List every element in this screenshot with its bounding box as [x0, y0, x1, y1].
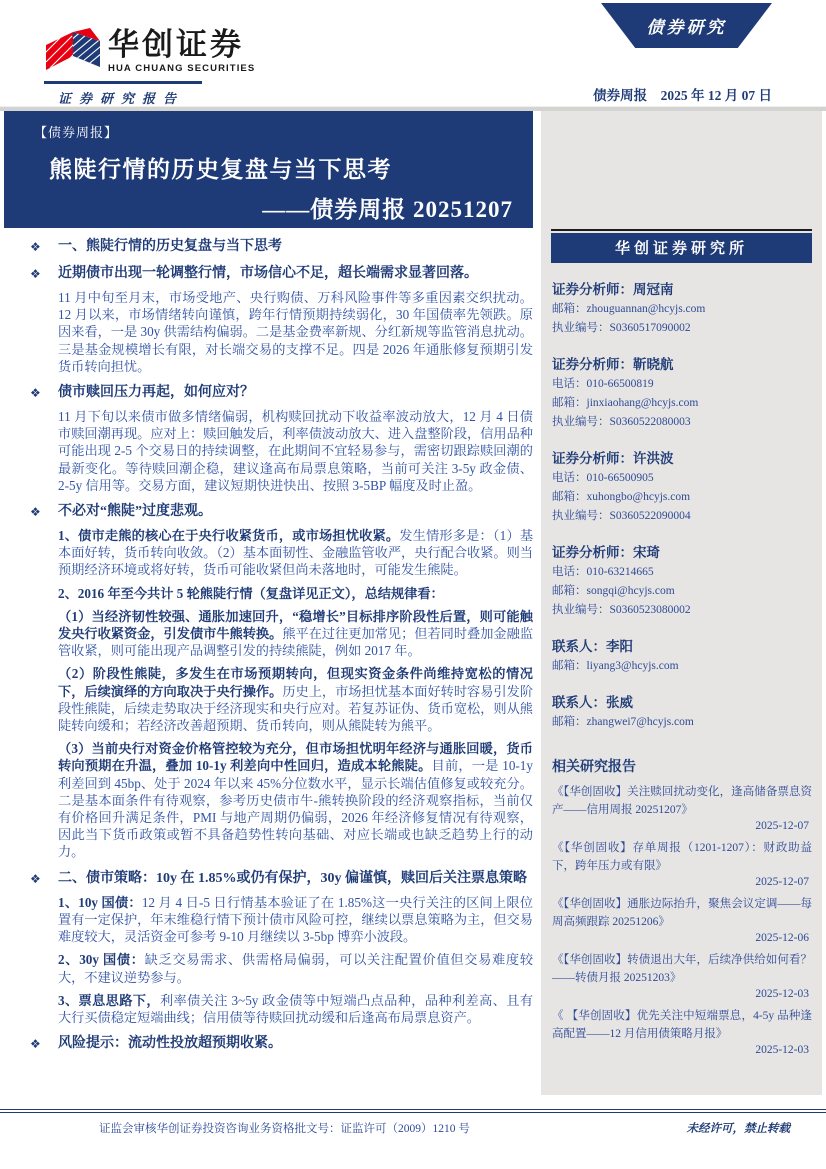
- analyst-phone: 电话：010-66500819: [552, 375, 814, 394]
- paragraph-bold-lead: 2、30y 国债：: [58, 952, 145, 967]
- footer-copyright-text: 未经许可，禁止转载: [687, 1120, 791, 1136]
- paragraph-bold-lead: 3、票息思路下，: [58, 993, 160, 1008]
- report-title: 《【华创固收】关注赎回扰动变化，逢高储备票息资产——信用周报 20251207》: [552, 783, 812, 819]
- related-report-item: 《 【华创固收】优先关注中短端票息，4-5y 品种逢高配置——12 月信用债策略…: [541, 1007, 822, 1056]
- paragraph: 1、10y 国债：12 月 4 日-5 日行情基本验证了在 1.85%这一央行关…: [58, 894, 533, 946]
- related-report-item: 《【华创固收】存单周报（1201-1207）：财政助益下，跨年压力或有限》 20…: [541, 839, 822, 888]
- category-badge: 债券研究: [601, 3, 772, 48]
- analyst-license: 执业编号：S0360523080002: [552, 601, 814, 620]
- title-block: 【债券周报】 熊陡行情的历史复盘与当下思考 ——债券周报 20251207: [4, 111, 533, 228]
- analyst-phone: 电话：010-66500905: [552, 469, 814, 488]
- analyst-license: 执业编号：S0360517090002: [552, 319, 814, 338]
- diamond-bullet-icon: ❖: [30, 870, 58, 1026]
- summary-bullet-market-review: ❖ 近期债市出现一轮调整行情，市场信心不足，超长端需求显著回落。 11 月中旬至…: [30, 265, 533, 375]
- diamond-bullet-icon: ❖: [30, 1035, 58, 1053]
- related-report-item: 《【华创固收】通胀边际抬升，聚焦会议定调——每周高频跟踪 20251206》 2…: [541, 895, 822, 944]
- summary-bullet-redemption: ❖ 债市赎回压力再起，如何应对？ 11 月下旬以来债市做多情绪偏弱，机构赎回扰动…: [30, 384, 533, 494]
- analyst-email: 邮箱：jinxiaohang@hcyjs.com: [552, 394, 814, 413]
- bullet-heading: 一、熊陡行情的历史复盘与当下思考: [58, 238, 533, 256]
- paragraph-text: 11 月下旬以来债市做多情绪偏弱，机构赎回扰动下收益率波动放大，12 月 4 日…: [58, 409, 533, 493]
- page-title: 熊陡行情的历史复盘与当下思考: [49, 151, 392, 184]
- analyst-entry: 证券分析师：宋琦 电话：010-63214665 邮箱：songqi@hcyjs…: [541, 541, 822, 620]
- paragraph-bold-lead: 2、2016 年至今共计 5 轮熊陡行情（复盘详见正文），总结规律看：: [58, 586, 444, 601]
- contact-entry: 联系人：李阳 邮箱：liyang3@hcyjs.com: [541, 635, 822, 676]
- related-report-item: 《【华创固收】关注赎回扰动变化，逢高储备票息资产——信用周报 20251207》…: [541, 783, 822, 832]
- analyst-email: 邮箱：zhouguannan@hcyjs.com: [552, 300, 814, 319]
- footer-divider: [0, 1109, 826, 1113]
- contact-entry: 联系人：张威 邮箱：zhangwei7@hcyjs.com: [541, 691, 822, 732]
- paragraph: 3、票息思路下，利率债关注 3~5y 政金债等中短端凸点品种，品种利差高、且有大…: [58, 992, 533, 1026]
- contact-name: 联系人：李阳: [552, 635, 822, 655]
- analyst-phone: 电话：010-63214665: [552, 563, 814, 582]
- page-subtitle: ——债券周报 20251207: [262, 191, 513, 224]
- contact-email: 邮箱：liyang3@hcyjs.com: [552, 657, 814, 676]
- report-title: 《【华创固收】通胀边际抬升，聚焦会议定调——每周高频跟踪 20251206》: [552, 895, 812, 931]
- report-date: 2025-12-07: [541, 876, 809, 888]
- diamond-bullet-icon: ❖: [30, 503, 58, 861]
- paragraph-text: 目前，一是 10-1y 利差回到 45bp、处于 2024 年以来 45%分位数…: [58, 758, 533, 859]
- report-date: 2025-12-07: [541, 820, 809, 832]
- report-title: 《【华创固收】转债退出大年，后续净供给如何看？——转债月报 20251203》: [552, 951, 812, 987]
- summary-bullet-bear-steepening: ❖ 不必对“熊陡”过度悲观。 1、债市走熊的核心在于央行收紧货币，或市场担忧收紧…: [30, 503, 533, 861]
- paragraph-bold-lead: 1、债市走熊的核心在于央行收紧货币，或市场担忧收紧。: [58, 528, 399, 543]
- diamond-bullet-icon: ❖: [30, 265, 58, 375]
- contact-email: 邮箱：zhangwei7@hcyjs.com: [552, 713, 814, 732]
- summary-column: ❖ 一、熊陡行情的历史复盘与当下思考 ❖ 近期债市出现一轮调整行情，市场信心不足…: [30, 229, 533, 1053]
- paragraph: 11 月中旬至月末，市场受地产、央行购债、万科风险事件等多重因素交织扰动。12 …: [58, 289, 533, 375]
- series-label: 【债券周报】: [34, 122, 118, 141]
- diamond-bullet-icon: ❖: [30, 384, 58, 494]
- report-date: 2025-12-03: [541, 1044, 809, 1056]
- report-date: 债券周报 2025 年 12 月 07 日: [593, 84, 772, 104]
- summary-bullet-strategy: ❖ 二、债市策略：10y 在 1.85%或仍有保护，30y 偏谨慎，赎回后关注票…: [30, 870, 533, 1026]
- paragraph: （2）阶段性熊陡，多发生在市场预期转向，但现实资金条件尚维持宽松的情况下，后续演…: [58, 665, 533, 734]
- paragraph: （1）当经济韧性较强、通胀加速回升，“稳增长”目标排序阶段性后置，则可能触发央行…: [58, 608, 533, 660]
- diamond-bullet-icon: ❖: [30, 238, 58, 256]
- related-reports-heading: 相关研究报告: [552, 756, 822, 776]
- company-logo: 华创证券 HUA CHUANG SECURITIES: [44, 28, 255, 80]
- bullet-heading: 风险提示：流动性投放超预期收紧。: [58, 1035, 533, 1053]
- paragraph: 1、债市走熊的核心在于央行收紧货币，或市场担忧收紧。发生情形多是：（1）基本面好…: [58, 527, 533, 579]
- logo-underline: [44, 81, 202, 84]
- analyst-name: 证券分析师：靳晓航: [552, 353, 822, 373]
- analyst-name: 证券分析师：周冠南: [552, 278, 822, 298]
- summary-bullet-section1: ❖ 一、熊陡行情的历史复盘与当下思考: [30, 238, 533, 256]
- paragraph: 2、30y 国债：缺乏交易需求、供需格局偏弱，可以关注配置价值但交易难度较大，不…: [58, 951, 533, 985]
- analyst-entry: 证券分析师：许洪波 电话：010-66500905 邮箱：xuhongbo@hc…: [541, 447, 822, 526]
- analyst-entry: 证券分析师：靳晓航 电话：010-66500819 邮箱：jinxiaohang…: [541, 353, 822, 432]
- paragraph-bold-lead: 1、10y 国债：: [58, 895, 142, 910]
- paragraph-text: 11 月中旬至月末，市场受地产、央行购债、万科风险事件等多重因素交织扰动。12 …: [58, 290, 533, 374]
- bullet-heading: 二、债市策略：10y 在 1.85%或仍有保护，30y 偏谨慎，赎回后关注票息策…: [58, 870, 533, 888]
- summary-bullet-risk: ❖ 风险提示：流动性投放超预期收紧。: [30, 1035, 533, 1053]
- institute-title: 华创证券研究所: [551, 233, 812, 263]
- report-type-label: 证券研究报告: [58, 88, 184, 107]
- analyst-license: 执业编号：S0360522090004: [552, 507, 814, 526]
- footer-license-text: 证监会审核华创证券投资咨询业务资格批文号：证监许可（2009）1210 号: [99, 1120, 470, 1136]
- report-date: 2025-12-06: [541, 932, 809, 944]
- paragraph: 11 月下旬以来债市做多情绪偏弱，机构赎回扰动下收益率波动放大，12 月 4 日…: [58, 408, 533, 494]
- analyst-license: 执业编号：S0360522080003: [552, 413, 814, 432]
- logo-name-en: HUA CHUANG SECURITIES: [108, 63, 255, 74]
- logo-name-cn: 华创证券: [108, 28, 255, 62]
- contact-name: 联系人：张威: [552, 691, 822, 711]
- related-report-item: 《【华创固收】转债退出大年，后续净供给如何看？——转债月报 20251203》 …: [541, 951, 822, 1000]
- bullet-heading: 不必对“熊陡”过度悲观。: [58, 503, 533, 521]
- analyst-email: 邮箱：songqi@hcyjs.com: [552, 582, 814, 601]
- bullet-heading: 近期债市出现一轮调整行情，市场信心不足，超长端需求显著回落。: [58, 265, 533, 283]
- analyst-entry: 证券分析师：周冠南 邮箱：zhouguannan@hcyjs.com 执业编号：…: [541, 278, 822, 338]
- paragraph: 2、2016 年至今共计 5 轮熊陡行情（复盘详见正文），总结规律看：: [58, 585, 533, 602]
- paragraph: （3）当前央行对资金价格管控较为充分，但市场担忧明年经济与通胀回暖，货币转向预期…: [58, 740, 533, 860]
- sidebar: 华创证券研究所 证券分析师：周冠南 邮箱：zhouguannan@hcyjs.c…: [541, 111, 822, 1095]
- analyst-email: 邮箱：xuhongbo@hcyjs.com: [552, 488, 814, 507]
- bullet-heading: 债市赎回压力再起，如何应对？: [58, 384, 533, 402]
- report-date: 2025-12-03: [541, 988, 809, 1000]
- report-title: 《 【华创固收】优先关注中短端票息，4-5y 品种逢高配置——12 月信用债策略…: [552, 1007, 812, 1043]
- logo-cube-icon: [44, 28, 102, 80]
- analyst-name: 证券分析师：许洪波: [552, 447, 822, 467]
- institute-bar-wrap: 华创证券研究所: [551, 229, 812, 263]
- report-title: 《【华创固收】存单周报（1201-1207）：财政助益下，跨年压力或有限》: [552, 839, 812, 875]
- analyst-name: 证券分析师：宋琦: [552, 541, 822, 561]
